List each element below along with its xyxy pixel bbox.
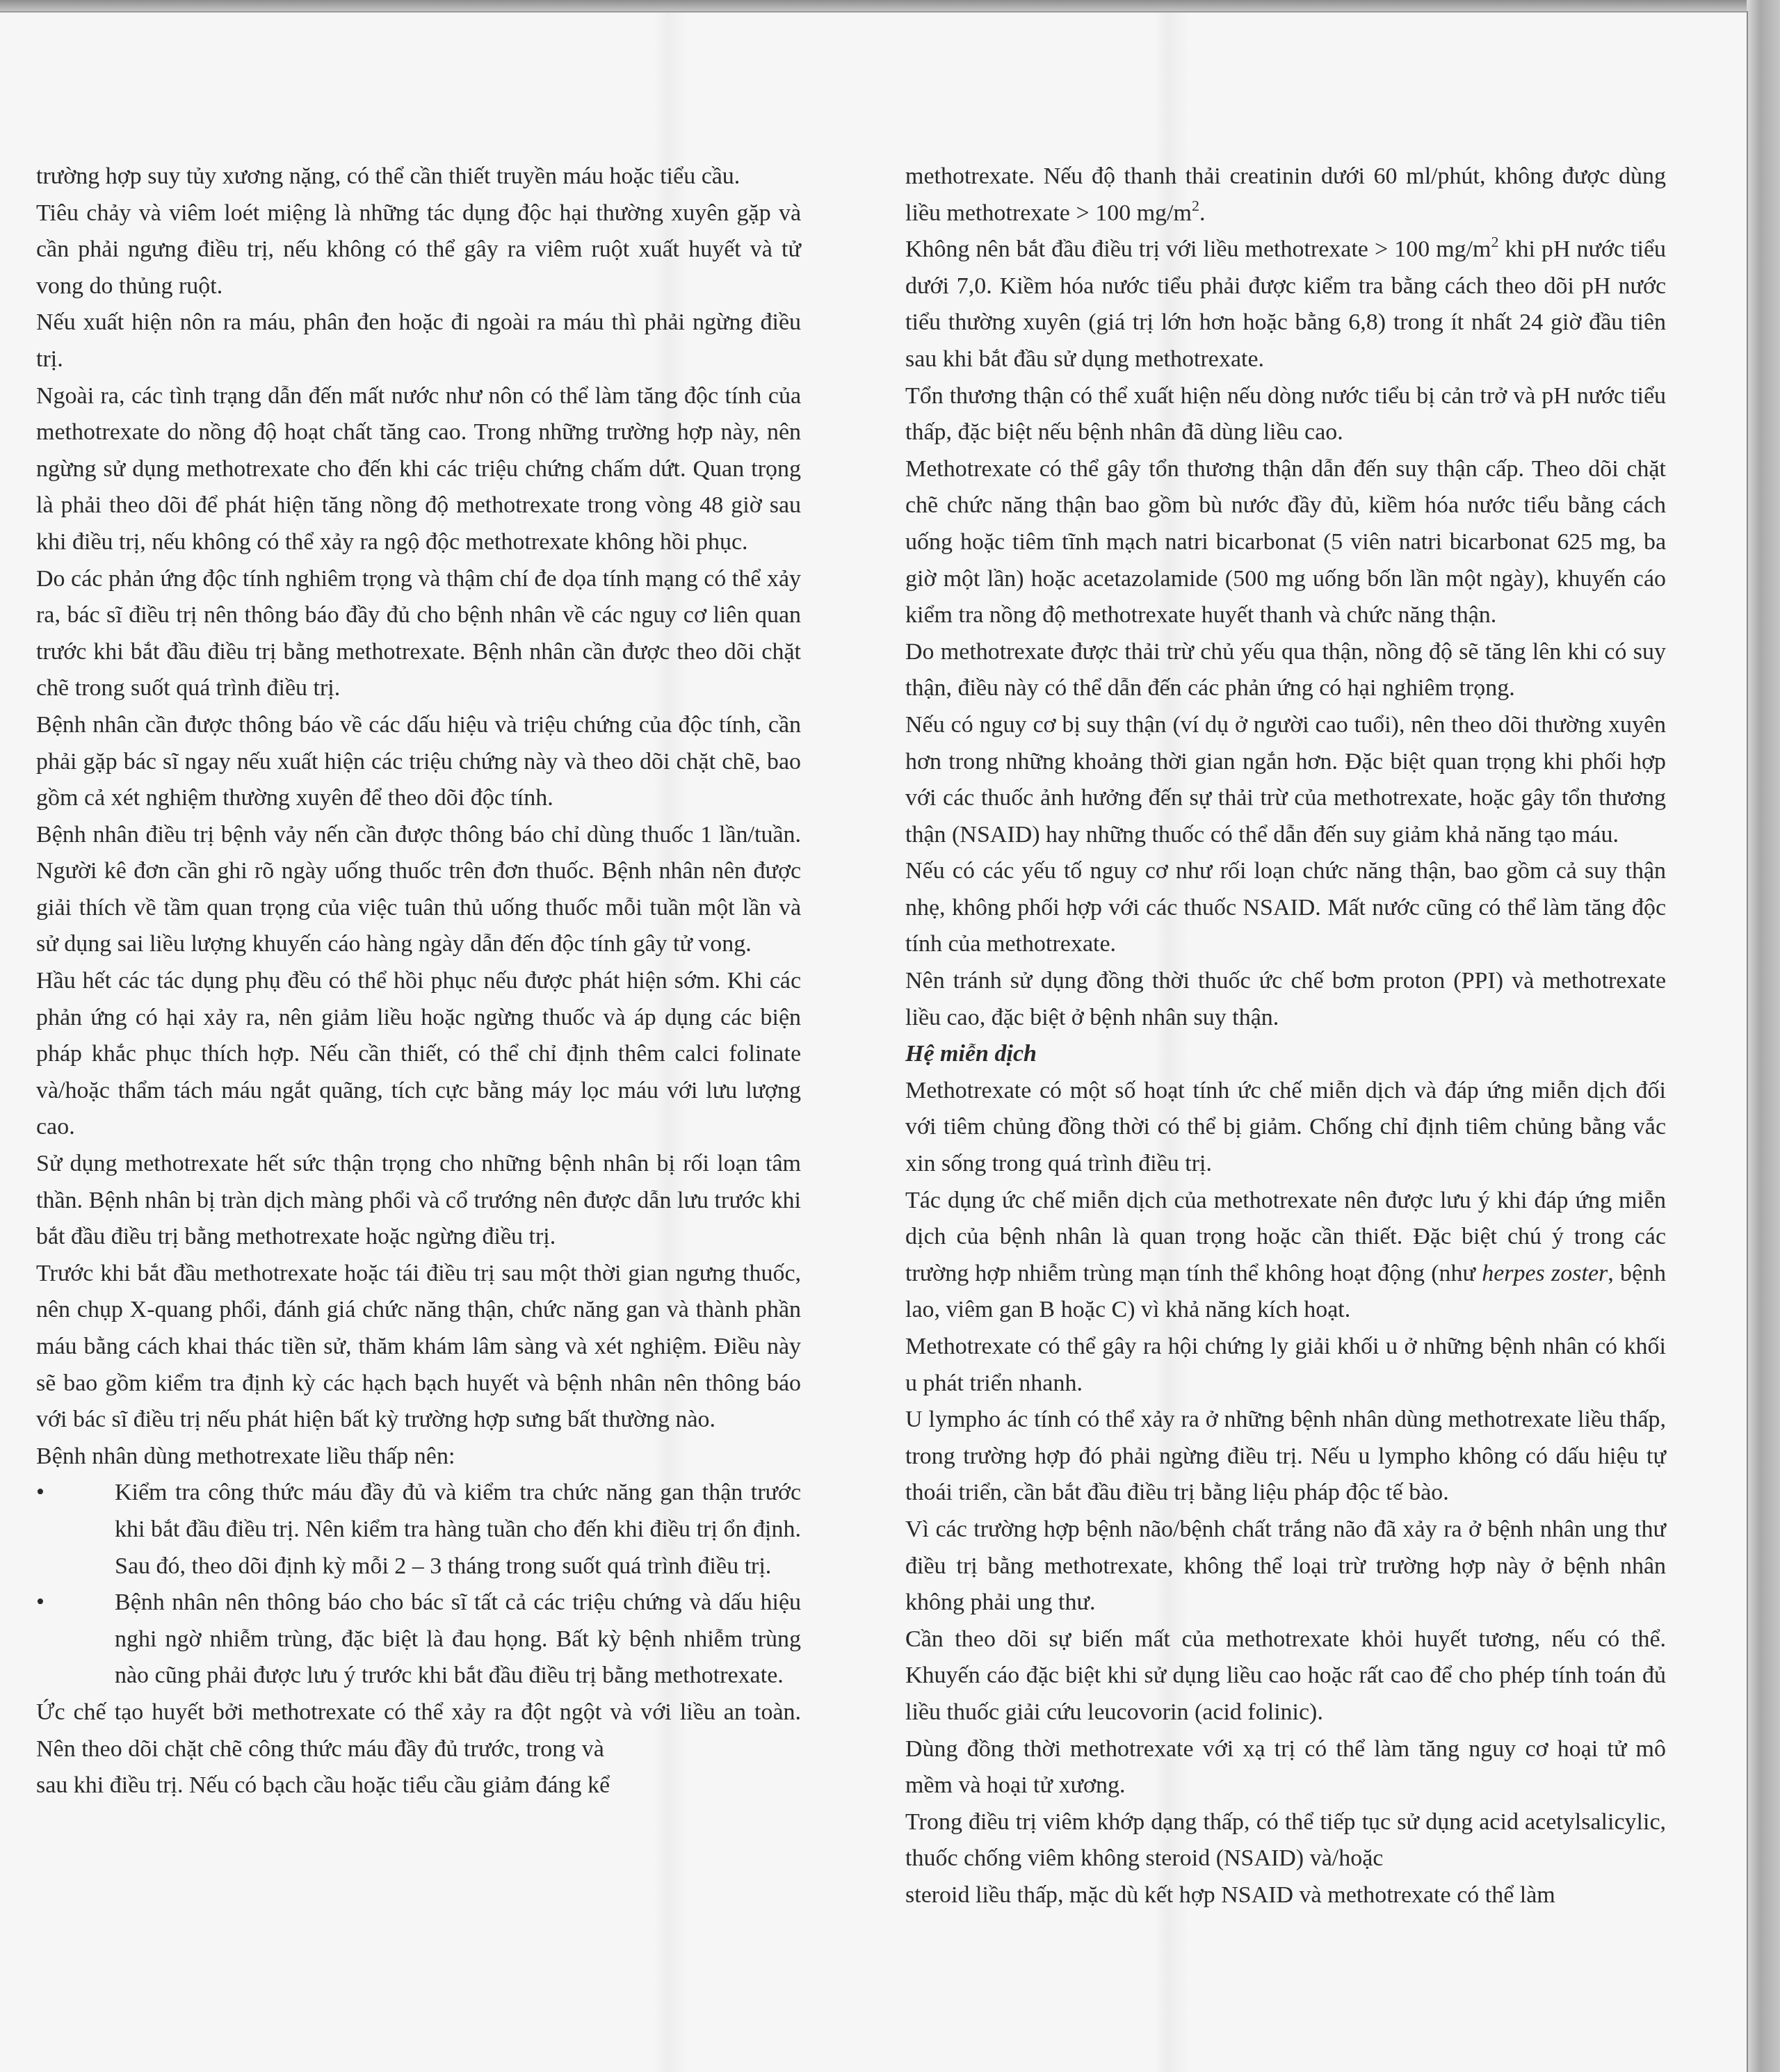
paragraph-text: methotrexate. Nếu độ thanh thải creatini… <box>905 163 1666 226</box>
document-page: trường hợp suy tủy xương nặng, có thể cầ… <box>0 11 1748 2072</box>
cut-off-line: steroid liều thấp, mặc dù kết hợp NSAID … <box>905 1877 1666 1914</box>
paragraph: Methotrexate có thể gây ra hội chứng ly … <box>905 1329 1666 1402</box>
bullet-icon: • <box>36 1585 64 1621</box>
paragraph: trường hợp suy tủy xương nặng, có thể cầ… <box>36 159 801 195</box>
superscript: 2 <box>1192 197 1199 214</box>
paragraph: Methotrexate có thể gây tổn thương thận … <box>905 451 1666 634</box>
paragraph: methotrexate. Nếu độ thanh thải creatini… <box>905 159 1666 232</box>
paragraph: Methotrexate có một số hoạt tính ức chế … <box>905 1073 1666 1183</box>
paragraph: Bệnh nhân điều trị bệnh vảy nến cần được… <box>36 817 801 963</box>
list-intro: Bệnh nhân dùng methotrexate liều thấp nê… <box>36 1439 801 1475</box>
list-item: • Kiểm tra công thức máu đầy đủ và kiểm … <box>36 1475 801 1585</box>
paragraph: Nếu có nguy cơ bị suy thận (ví dụ ở ngườ… <box>905 707 1666 853</box>
list-item-text: Kiểm tra công thức máu đầy đủ và kiểm tr… <box>115 1480 801 1578</box>
paragraph: Do methotrexate được thải trừ chủ yếu qu… <box>905 634 1666 707</box>
paragraph: Hầu hết các tác dụng phụ đều có thể hồi … <box>36 963 801 1146</box>
list-item: • Bệnh nhân nên thông báo cho bác sĩ tất… <box>36 1585 801 1694</box>
paragraph: U lympho ác tính có thể xảy ra ở những b… <box>905 1402 1666 1512</box>
paragraph: Vì các trường hợp bệnh não/bệnh chất trắ… <box>905 1512 1666 1621</box>
paragraph: Nên tránh sử dụng đồng thời thuốc ức chế… <box>905 963 1666 1036</box>
paragraph: Nếu có các yếu tố nguy cơ như rối loạn c… <box>905 853 1666 963</box>
paragraph-text: . <box>1199 200 1206 226</box>
superscript: 2 <box>1491 233 1499 250</box>
paragraph-text: Không nên bắt đầu điều trị với liều meth… <box>905 236 1491 262</box>
italic-term: herpes zoster <box>1482 1261 1608 1286</box>
paragraph: Cần theo dõi sự biến mất của methotrexat… <box>905 1621 1666 1731</box>
paragraph: Tác dụng ức chế miễn dịch của methotrexa… <box>905 1183 1666 1329</box>
paragraph: Bệnh nhân cần được thông báo về các dấu … <box>36 707 801 817</box>
bullet-list: • Kiểm tra công thức máu đầy đủ và kiểm … <box>36 1475 801 1694</box>
paragraph: Sử dụng methotrexate hết sức thận trọng … <box>36 1146 801 1256</box>
bullet-icon: • <box>36 1475 64 1512</box>
list-item-text: Bệnh nhân nên thông báo cho bác sĩ tất c… <box>115 1589 801 1688</box>
left-column: trường hợp suy tủy xương nặng, có thể cầ… <box>36 159 801 1804</box>
paragraph: Do các phản ứng độc tính nghiêm trọng và… <box>36 561 801 707</box>
paragraph: Dùng đồng thời methotrexate với xạ trị c… <box>905 1731 1666 1804</box>
scan-right-edge <box>1747 0 1780 2072</box>
paragraph: Nếu xuất hiện nôn ra máu, phân đen hoặc … <box>36 305 801 378</box>
paragraph: Tiêu chảy và viêm loét miệng là những tá… <box>36 195 801 305</box>
section-heading: Hệ miễn dịch <box>905 1036 1666 1073</box>
paragraph: Trước khi bắt đầu methotrexate hoặc tái … <box>36 1256 801 1439</box>
paragraph: Ngoài ra, các tình trạng dẫn đến mất nướ… <box>36 378 801 561</box>
cut-off-line: sau khi điều trị. Nếu có bạch cầu hoặc t… <box>36 1767 801 1804</box>
paragraph: Không nên bắt đầu điều trị với liều meth… <box>905 232 1666 378</box>
right-column: methotrexate. Nếu độ thanh thải creatini… <box>905 159 1666 1914</box>
paragraph: Trong điều trị viêm khớp dạng thấp, có t… <box>905 1804 1666 1877</box>
paragraph: Ức chế tạo huyết bởi methotrexate có thể… <box>36 1694 801 1767</box>
paragraph: Tổn thương thận có thể xuất hiện nếu dòn… <box>905 378 1666 451</box>
